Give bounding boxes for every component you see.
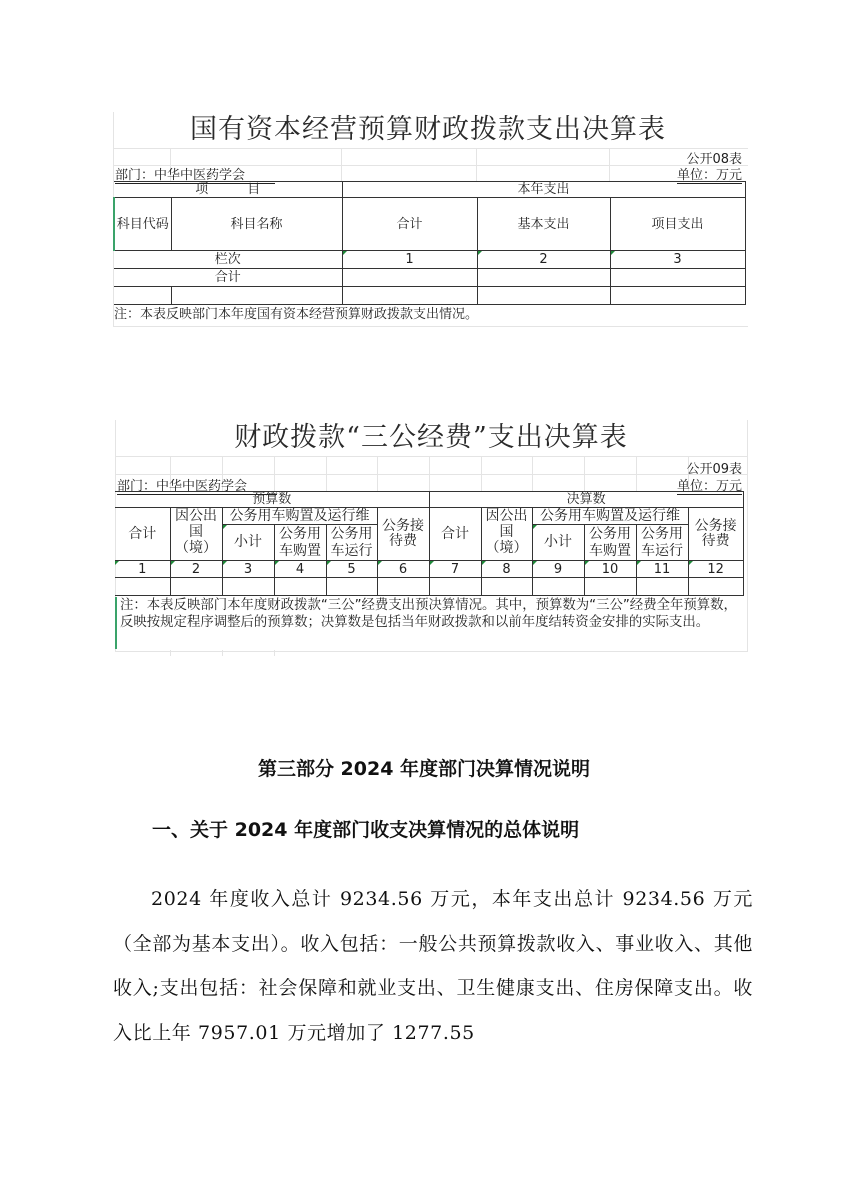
gridline (115, 456, 747, 457)
empty-cell (532, 578, 584, 596)
purchase-line2: 车购置 (585, 543, 636, 560)
index-value: 2 (477, 251, 610, 269)
empty-cell (636, 578, 688, 596)
table08-empty-row (114, 287, 745, 305)
col-operation-budget: 公务用 车运行 (326, 525, 377, 561)
empty-cell (688, 578, 743, 596)
index-value: 2 (170, 561, 222, 578)
index-value: 8 (481, 561, 532, 578)
table09-title: 财政拨款“三公经费”支出决算表 (115, 421, 747, 455)
group-budget: 预算数 (115, 492, 429, 508)
gridline (747, 420, 748, 652)
index-value: 6 (377, 561, 429, 578)
reception-line1: 公务接 (378, 519, 429, 534)
table08-grid: 项 目 本年支出 科目代码 科目名称 合计 基本支出 项目支出 栏次 1 2 3… (113, 181, 746, 305)
empty-cell (115, 578, 170, 596)
table08-total-row: 合计 (114, 269, 745, 287)
gridline (113, 326, 748, 327)
empty-cell (377, 578, 429, 596)
empty-cell (222, 578, 274, 596)
table08-title: 国有资本经营预算财政拨款支出决算表 (113, 113, 743, 147)
operation-line1: 公务用 (327, 526, 377, 543)
gridline (476, 148, 477, 182)
purchase-line1: 公务用 (275, 526, 326, 543)
abroad-line3: （境） (482, 540, 532, 556)
abroad-line3: （境） (171, 540, 222, 556)
header-item: 项 目 (114, 182, 342, 198)
operation-line2: 车运行 (327, 543, 377, 560)
gridline (341, 148, 342, 182)
total-value (477, 269, 610, 287)
index-value: 1 (115, 561, 170, 578)
empty-cell (477, 287, 610, 305)
part-title: 第三部分 2024 年度部门决算情况说明 (0, 754, 848, 781)
col-reception-final: 公务接 待费 (688, 508, 743, 561)
table09-index-row: 1 2 3 4 5 6 7 8 9 10 11 12 (115, 561, 743, 578)
gridline (532, 456, 533, 492)
empty-cell (481, 578, 532, 596)
col-total: 合计 (342, 198, 477, 251)
empty-cell (274, 578, 326, 596)
index-value: 4 (274, 561, 326, 578)
gridline (481, 456, 482, 492)
col-vehicle-group-final: 公务用车购置及运行维 (532, 508, 688, 525)
abroad-line2: 国 (482, 524, 532, 540)
index-value: 11 (636, 561, 688, 578)
header-expense: 本年支出 (342, 182, 745, 198)
index-value: 10 (584, 561, 636, 578)
empty-cell (429, 578, 481, 596)
abroad-line2: 国 (171, 524, 222, 540)
index-value: 3 (610, 251, 745, 269)
gridline (326, 456, 327, 492)
index-value: 1 (342, 251, 477, 269)
summary-paragraph: 2024 年度收入总计 9234.56 万元，本年支出总计 9234.56 万元… (113, 877, 753, 1055)
index-value: 3 (222, 561, 274, 578)
table08-column-row: 科目代码 科目名称 合计 基本支出 项目支出 (114, 198, 745, 251)
gridline (274, 650, 275, 656)
operation-line1: 公务用 (637, 526, 688, 543)
col-reception-budget: 公务接 待费 (377, 508, 429, 561)
empty-cell (584, 578, 636, 596)
reception-line2: 待费 (378, 534, 429, 549)
gridline (113, 148, 748, 149)
col-total-final: 合计 (429, 508, 481, 561)
empty-cell (610, 287, 745, 305)
gridline (377, 456, 378, 492)
gridline (429, 456, 430, 492)
total-value (610, 269, 745, 287)
abroad-line1: 因公出 (482, 508, 532, 524)
index-value: 9 (532, 561, 584, 578)
gridline (222, 650, 223, 656)
gridline (584, 456, 585, 492)
col-abroad-budget: 因公出 国 （境） (170, 508, 222, 561)
col-operation-final: 公务用 车运行 (636, 525, 688, 561)
gridline (115, 651, 747, 652)
section-subtitle: 一、关于 2024 年度部门收支决算情况的总体说明 (152, 815, 579, 842)
table08-note: 注：本表反映部门本年度国有资本经营预算财政拨款支出情况。 (114, 306, 744, 323)
reception-line1: 公务接 (689, 519, 743, 534)
empty-cell (171, 287, 342, 305)
table09-group-row: 预算数 决算数 (115, 492, 743, 508)
total-value (342, 269, 477, 287)
col-subject-code: 科目代码 (114, 198, 171, 251)
index-value: 12 (688, 561, 743, 578)
table09-note: 注：本表反映部门本年度财政拨款“三公”经费支出预决算情况。其中，预算数为“三公”… (115, 597, 740, 649)
table09-header-row-1: 合计 因公出 国 （境） 公务用车购置及运行维 公务接 待费 合计 因公出 国 … (115, 508, 743, 525)
col-subtotal-final: 小计 (532, 525, 584, 561)
group-final: 决算数 (429, 492, 743, 508)
col-subject-name: 科目名称 (171, 198, 342, 251)
index-value: 5 (326, 561, 377, 578)
reception-line2: 待费 (689, 534, 743, 549)
table09-empty-row (115, 578, 743, 596)
col-vehicle-group-budget: 公务用车购置及运行维 (222, 508, 377, 525)
col-purchase-budget: 公务用 车购置 (274, 525, 326, 561)
gridline (170, 650, 171, 656)
index-value: 7 (429, 561, 481, 578)
col-abroad-final: 因公出 国 （境） (481, 508, 532, 561)
empty-cell (114, 287, 171, 305)
empty-cell (326, 578, 377, 596)
gridline (636, 456, 637, 492)
total-label: 合计 (114, 269, 342, 287)
col-basic: 基本支出 (477, 198, 610, 251)
col-project: 项目支出 (610, 198, 745, 251)
empty-cell (342, 287, 477, 305)
table09-grid: 预算数 决算数 合计 因公出 国 （境） 公务用车购置及运行维 公务接 待费 合… (115, 491, 744, 596)
purchase-line1: 公务用 (585, 526, 636, 543)
col-total-budget: 合计 (115, 508, 170, 561)
col-purchase-final: 公务用 车购置 (584, 525, 636, 561)
col-subtotal-budget: 小计 (222, 525, 274, 561)
abroad-line1: 因公出 (171, 508, 222, 524)
empty-cell (170, 578, 222, 596)
gridline (609, 148, 610, 182)
operation-line2: 车运行 (637, 543, 688, 560)
index-label: 栏次 (114, 251, 342, 269)
purchase-line2: 车购置 (275, 543, 326, 560)
table08-index-row: 栏次 1 2 3 (114, 251, 745, 269)
table08-header-row: 项 目 本年支出 (114, 182, 745, 198)
